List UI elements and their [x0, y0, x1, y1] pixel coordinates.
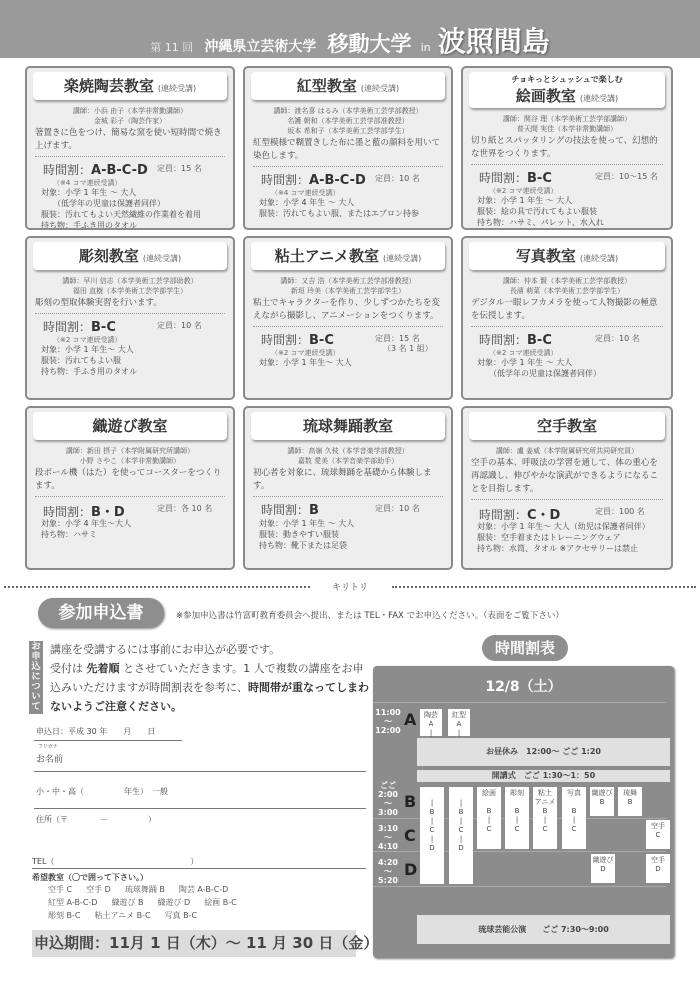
- course-card: 紅型教室(連続受講)講師：渡名喜 はるみ（本学美術工芸学部教授）名護 朝和（本学…: [243, 66, 453, 230]
- capacity: 定員：各 10 名: [157, 503, 212, 514]
- schedule-label: 時間割：: [43, 163, 91, 177]
- belongings: 持ち物：ハサミ、パレット、水入れ: [477, 217, 667, 228]
- schedule: 時間割：A-B-C-D: [261, 171, 366, 188]
- dotted-divider-right: [392, 586, 696, 588]
- choice-row-1: 空手 C空手 D琉球舞踊 B陶芸 A-B-C-D: [48, 884, 242, 895]
- slot-ori-d: 織遊び D: [591, 854, 615, 883]
- schedule-label: 時間割：: [261, 173, 309, 187]
- apply-instructions: 講座を受講するには事前にお申込が必要です。 受付は 先着順 とさせていただきます…: [50, 640, 370, 716]
- dotted-divider: [471, 326, 663, 327]
- dotted-divider: [35, 496, 225, 497]
- course-description: 段ボール機（はた）を使ってコースターをつくります。: [35, 467, 227, 493]
- course-info: 対象：小学 1 年生〜 大人: [259, 357, 447, 368]
- course-title: 琉球舞踊教室: [303, 417, 393, 435]
- dotted-divider: [471, 164, 663, 165]
- instruction-line-2: 受付は 先着順 とさせていただきます。1 人で複数の講座をお申込みいただけますが…: [50, 659, 370, 716]
- period-c-time: 3:10 〜 4:10: [375, 824, 401, 851]
- belongings: 持ち物：靴下または足袋: [259, 540, 447, 551]
- instructor-line: 講師：盧 姜威（本学附属研究所共同研究員）: [463, 446, 671, 456]
- course-description: 粘土でキャラクターを作り、少しずつかたちを変えながら撮影し、アニメーションをつく…: [253, 297, 445, 323]
- period-a-time: 11:00 〜 12:00: [375, 708, 401, 735]
- course-title-box: 楽焼陶芸教室(連続受講): [33, 72, 227, 100]
- choice-row-2: 紅型 A-B-C-D織遊び B織遊び D絵画 B-C: [48, 897, 251, 908]
- schedule-label: 時間割：: [479, 508, 527, 522]
- target: 対象：小学 1 年生〜 大人: [41, 344, 229, 355]
- choice-nendo-bc[interactable]: 粘土アニメ B-C: [95, 911, 151, 920]
- schedule: 時間割：B-C: [479, 169, 552, 186]
- course-card: 写真教室(連続受講)講師：仲本 賢（本学美術工芸学部教授）長濱 萌菜（本学美術工…: [461, 236, 673, 400]
- schedule-value: A-B-C-D: [309, 173, 366, 188]
- course-card: チョキっとシュッシュで楽しむ絵画教室(連続受講)講師：関谷 理（本学美術工芸学部…: [461, 66, 673, 230]
- course-info: 対象：小学 4 年生〜大人持ち物：ハサミ: [41, 518, 229, 540]
- name-field-line[interactable]: [34, 771, 366, 772]
- choice-ori-d[interactable]: 織遊び D: [157, 898, 190, 907]
- slot-toge-continued: | B | C | D: [420, 787, 444, 884]
- period-c-letter: C: [404, 826, 416, 845]
- address-field-label: 住所（〒 － ）: [36, 814, 156, 825]
- instructor-line: 福田 直樹（本学美術工芸学部学生）: [27, 286, 233, 296]
- instructor-line: 講師：又吉 浩（本学美術工芸学部准教授）: [245, 276, 451, 286]
- slot-karate-c: 空手 C: [646, 820, 670, 849]
- instructor-line: 講師：関谷 理（本学美術工芸学部講師）: [463, 114, 671, 124]
- schedule: 時間割：B-C: [479, 331, 552, 348]
- dotted-divider: [35, 156, 225, 157]
- target: 対象：小学 4 年生 〜 大人: [259, 197, 447, 208]
- course-description: 切り紙とスパッタリングの技法を使って、幻想的な世界をつくります。: [471, 135, 665, 161]
- course-title: 楽焼陶芸教室: [64, 77, 154, 95]
- program-name: 移動大学: [327, 32, 411, 56]
- capacity: 定員：100 名: [595, 506, 645, 517]
- course-description: デジタル一眼レフカメラを使って人物撮影の極意を伝授します。: [471, 297, 665, 323]
- capacity-note: （3 名 1 組）: [383, 343, 433, 354]
- capacity: 定員：10 名: [375, 173, 420, 184]
- course-card: 楽焼陶芸教室(連続受講)講師：小浜 由子（本学非常勤講師）金城 彩子（陶芸作家）…: [25, 66, 235, 230]
- in-label: in: [421, 41, 431, 54]
- instructors: 講師：新田 摂子（本学附属研究所講師）小野 さやこ（本学非常勤講師）: [27, 446, 233, 466]
- instructor-line: 嘉数 愛美（本学音楽学部助手）: [245, 456, 451, 466]
- choice-chokoku-bc[interactable]: 彫刻 B-C: [48, 911, 81, 920]
- schedule-value: B-C: [527, 333, 552, 348]
- timetable-badge: 時間割表: [482, 635, 568, 661]
- course-note: (連続受講): [143, 254, 181, 263]
- course-card: 織遊び教室講師：新田 摂子（本学附属研究所講師）小野 さやこ（本学非常勤講師）段…: [25, 406, 235, 570]
- period-b-time: ごご 2:00 〜 3:00: [375, 781, 401, 817]
- clothing: 服装：汚れてもよい天然繊維の作業着を着用: [41, 209, 229, 220]
- instructors: 講師：小浜 由子（本学非常勤講師）金城 彩子（陶芸作家）: [27, 106, 233, 126]
- period-d-letter: D: [404, 860, 417, 879]
- schedule-label: 時間割：: [479, 171, 527, 185]
- course-note: (連続受講): [158, 84, 196, 93]
- cut-line: キリトリ: [0, 580, 700, 592]
- choice-karate-d[interactable]: 空手 D: [86, 885, 111, 894]
- schedule: 時間割：B: [261, 501, 319, 518]
- schedule-label: 時間割：: [479, 333, 527, 347]
- course-info: 対象：小学 1 年生 〜 大人（低学年の児童は保護者同伴）服装：汚れてもよい天然…: [41, 187, 229, 230]
- instructor-line: 普天間 実佳（本学非常勤講師）: [463, 124, 671, 134]
- instructor-line: 長濱 萌菜（本学美術工芸学部学生）: [463, 286, 671, 296]
- instructor-line: 小野 さやこ（本学非常勤講師）: [27, 456, 233, 466]
- instructor-line: 新垣 玲美（本学美術工芸学部学生）: [245, 286, 451, 296]
- choice-title: 希望教室（〇で囲って下さい。）: [32, 872, 148, 883]
- course-title: 織遊び教室: [92, 417, 167, 435]
- course-card: 彫刻教室(連続受講)講師：早川 信志（本学美術工芸学部助教）福田 直樹（本学美術…: [25, 236, 235, 400]
- choice-shashin-bc[interactable]: 写真 B-C: [165, 911, 198, 920]
- instructors: 講師：又吉 浩（本学美術工芸学部准教授）新垣 玲美（本学美術工芸学部学生）: [245, 276, 451, 296]
- dotted-divider: [253, 496, 443, 497]
- opening-ceremony-bar: 開講式 ごご 1:30〜1：50: [417, 770, 670, 782]
- course-description: 空手の基本、呼吸法の学習を通して、体の重心を再認識し、伸びやかな演武ができるよう…: [471, 457, 665, 496]
- capacity: 定員：10 名: [157, 320, 202, 331]
- instructor-line: 講師：小浜 由子（本学非常勤講師）: [27, 106, 233, 116]
- lunch-break-bar: お昼休み 12:00〜 ごご 1:20: [417, 738, 670, 766]
- course-info: 対象：小学 1 年生〜 大人（幼児は保護者同伴）服装：空手着またはトレーニングウ…: [477, 521, 667, 554]
- grade-field-label: 小・中・高（ 年生） 一般: [36, 786, 168, 797]
- target: 対象：小学 4 年生〜大人: [41, 518, 229, 529]
- course-info: 対象：小学 1 年生 〜 大人服装：動きやすい服装持ち物：靴下または足袋: [259, 518, 447, 551]
- schedule-value: B-C: [91, 320, 116, 335]
- instructors: 講師：仲本 賢（本学美術工芸学部教授）長濱 萌菜（本学美術工芸学部学生）: [463, 276, 671, 296]
- row-divider: [373, 702, 666, 703]
- schedule-value: A-B-C-D: [91, 163, 148, 178]
- date-field-label: 申込日：平成 30 年 月 日: [36, 726, 155, 737]
- target: 対象：小学 1 年生 〜 大人: [259, 518, 447, 529]
- slot-ryubu-b: 琉舞 B: [618, 787, 642, 816]
- target: 対象：小学 1 年生〜 大人（幼児は保護者同伴）: [477, 521, 667, 532]
- form-badge: 参加申込書: [38, 598, 164, 628]
- course-info: 対象：小学 1 年生 〜 大人服装：絵の具で汚れてもよい服装持ち物：ハサミ、パレ…: [477, 195, 667, 228]
- dotted-divider: [253, 166, 443, 167]
- course-title-box: 琉球舞踊教室: [251, 412, 445, 440]
- schedule-label: 時間割：: [43, 320, 91, 334]
- course-title: 写真教室: [516, 247, 576, 265]
- course-title: 粘土アニメ教室: [275, 247, 379, 265]
- clothing: 服装：空手着またはトレーニングウェア: [477, 532, 667, 543]
- course-title-box: 彫刻教室(連続受講): [33, 242, 227, 270]
- target-note: （低学年の児童は保護者同伴）: [477, 368, 667, 379]
- form-notice: ※参加申込書は竹富町教育委員会へ提出、または TEL・FAX でお申込ください。…: [176, 609, 564, 621]
- choice-ryubu-b[interactable]: 琉球舞踊 B: [125, 885, 165, 894]
- slot-bingata-a: 紅型 A |: [448, 709, 470, 736]
- instructor-line: 講師：新田 摂子（本学附属研究所講師）: [27, 446, 233, 456]
- schedule: 時間割：A-B-C-D: [43, 161, 148, 178]
- row-divider: [373, 886, 666, 887]
- course-title-box: 紅型教室(連続受講): [251, 72, 445, 100]
- capacity: 定員：10 名: [595, 333, 640, 344]
- course-info: 対象：小学 1 年生 〜 大人（低学年の児童は保護者同伴）: [477, 357, 667, 379]
- application-period: 申込期間：11月 1 日（木）〜 11 月 30 日（金）: [32, 930, 356, 957]
- target: 対象：小学 1 年生 〜 大人: [41, 187, 229, 198]
- belongings: 持ち物：ハサミ: [41, 529, 229, 540]
- course-description: 初心者を対象に、琉球舞踊を基礎から体験します。: [253, 467, 445, 493]
- university-name: 沖縄県立芸術大学: [204, 39, 316, 55]
- name-field-label: お名前: [36, 752, 63, 765]
- instructor-line: 金城 彩子（陶芸作家）: [27, 116, 233, 126]
- target-note: （低学年の児童は保護者同伴）: [41, 198, 229, 209]
- choice-toge-abcd[interactable]: 陶芸 A-B-C-D: [179, 885, 228, 894]
- instructors: 講師：渡名喜 はるみ（本学美術工芸学部教授）名護 朝和（本学美術工芸学部准教授）…: [245, 106, 451, 136]
- course-title-box: 織遊び教室: [33, 412, 227, 440]
- instructors: 講師：高嶺 久枝（本学音楽学部教授）嘉数 愛美（本学音楽学部助手）: [245, 446, 451, 466]
- instructors: 講師：関谷 理（本学美術工芸学部講師）普天間 実佳（本学非常勤講師）: [463, 114, 671, 134]
- instructor-line: 講師：仲本 賢（本学美術工芸学部教授）: [463, 276, 671, 286]
- belongings: 持ち物：水筒、タオル ※アクセサリーは禁止: [477, 543, 667, 554]
- schedule-label: 時間割：: [43, 505, 91, 519]
- cut-label: キリトリ: [320, 580, 380, 593]
- instructor-line: 講師：高嶺 久枝（本学音楽学部教授）: [245, 446, 451, 456]
- course-note: (連続受講): [383, 254, 421, 263]
- timetable: 12/8（土） 11:00 〜 12:00 A 陶芸 A | 紅型 A | お昼…: [373, 666, 674, 958]
- instructor-line: 坂本 希和子（本学美術工芸学部学生）: [245, 126, 451, 136]
- slot-toge-a: 陶芸 A |: [420, 709, 442, 736]
- schedule-value: B: [309, 503, 319, 518]
- course-title-box: 写真教室(連続受講): [469, 242, 665, 270]
- course-note: (連続受講): [580, 254, 618, 263]
- apply-side-label: お申込について: [29, 641, 43, 714]
- belongings: 持ち物：手ふき用のタオル: [41, 220, 229, 230]
- dotted-divider-left: [4, 586, 310, 588]
- location-name: 波照間島: [438, 25, 550, 58]
- clothing: 服装：汚れてもよい服、またはエプロン持参: [259, 208, 447, 219]
- course-note: (連続受講): [580, 94, 618, 103]
- slot-chokoku-bc: 彫刻 B | C: [505, 787, 529, 849]
- slot-karate-d: 空手 D: [646, 854, 670, 883]
- choice-bingata-abcd[interactable]: 紅型 A-B-C-D: [48, 898, 97, 907]
- slot-ori-b: 織遊び B: [590, 787, 614, 816]
- choice-ori-b[interactable]: 織遊び B: [111, 898, 143, 907]
- period-a-letter: A: [404, 710, 416, 729]
- course-info: 対象：小学 1 年生〜 大人服装：汚れてもよい服持ち物：手ふき用のタオル: [41, 344, 229, 377]
- dotted-divider: [253, 326, 443, 327]
- schedule: 時間割：B-C: [43, 318, 116, 335]
- timetable-date: 12/8（土）: [373, 676, 674, 696]
- course-note: (連続受講): [361, 84, 399, 93]
- schedule: 時間割：B-C: [261, 331, 334, 348]
- capacity: 定員：15 名: [157, 163, 202, 174]
- instructors: 講師：早川 信志（本学美術工芸学部助教）福田 直樹（本学美術工芸学部学生）: [27, 276, 233, 296]
- slot-shashin-bc: 写真 B | C: [562, 787, 586, 849]
- choice-row-3: 彫刻 B-C粘土アニメ B-C写真 B-C: [48, 910, 211, 921]
- dotted-divider: [471, 499, 663, 500]
- schedule-label: 時間割：: [261, 333, 309, 347]
- clothing: 服装：絵の具で汚れてもよい服装: [477, 206, 667, 217]
- instruction-line-1: 講座を受講するには事前にお申込が必要です。: [50, 640, 370, 659]
- instructor-line: 名護 朝和（本学美術工芸学部准教授）: [245, 116, 451, 126]
- course-card: 琉球舞踊教室講師：高嶺 久枝（本学音楽学部教授）嘉数 愛美（本学音楽学部助手）初…: [243, 406, 453, 570]
- course-card: 粘土アニメ教室(連続受講)講師：又吉 浩（本学美術工芸学部准教授）新垣 玲美（本…: [243, 236, 453, 400]
- row-divider: [373, 851, 666, 852]
- tel-field-label: TEL（ ）: [32, 856, 198, 867]
- course-info: 対象：小学 4 年生 〜 大人服装：汚れてもよい服、またはエプロン持参: [259, 197, 447, 219]
- choice-karate-c[interactable]: 空手 C: [48, 885, 72, 894]
- capacity: 定員：10〜15 名: [595, 171, 658, 182]
- period-d-time: 4:20 〜 5:20: [375, 858, 401, 885]
- course-description: 彫刻の型取体験実習を行います。: [35, 297, 227, 310]
- schedule-value: B-C: [527, 171, 552, 186]
- period-b-letter: B: [404, 792, 416, 811]
- belongings: 持ち物：手ふき用のタオル: [41, 366, 229, 377]
- header-banner: 第 11 回 沖縄県立芸術大学 移動大学 in 波照間島: [0, 0, 700, 58]
- schedule-label: 時間割：: [261, 503, 309, 517]
- course-title-box: 空手教室: [469, 412, 665, 440]
- date-field-line[interactable]: [34, 740, 182, 741]
- instructor-line: 講師：渡名喜 はるみ（本学美術工芸学部教授）: [245, 106, 451, 116]
- slot-kaiga-bc: 絵画 B | C: [477, 787, 501, 849]
- course-description: 箸置きに色をつけ、簡易な窯を使い短時間で焼き上げます。: [35, 127, 227, 153]
- choice-kaiga-bc[interactable]: 絵画 B-C: [204, 898, 237, 907]
- course-title: 紅型教室: [297, 77, 357, 95]
- slot-nendo-bc: 粘土 アニメ B | C: [533, 787, 557, 849]
- target: 対象：小学 1 年生〜 大人: [259, 357, 447, 368]
- dotted-divider: [35, 313, 225, 314]
- target: 対象：小学 1 年生 〜 大人: [477, 195, 667, 206]
- instructor-line: 講師：早川 信志（本学美術工芸学部助教）: [27, 276, 233, 286]
- course-description: 紅型模様で糊置きした布に墨と藍の顔料を用いて染色します。: [253, 137, 445, 163]
- schedule-value: B-C: [309, 333, 334, 348]
- target: 対象：小学 1 年生 〜 大人: [477, 357, 667, 368]
- course-title-box: 粘土アニメ教室(連続受講): [251, 242, 445, 270]
- clothing: 服装：動きやすい服装: [259, 529, 447, 540]
- edition-label: 第 11 回: [150, 41, 193, 54]
- course-subtitle: チョキっとシュッシュで楽しむ: [469, 72, 665, 86]
- grade-field-line[interactable]: [34, 808, 366, 809]
- course-title: 絵画教室: [516, 87, 576, 105]
- clothing: 服装：汚れてもよい服: [41, 355, 229, 366]
- capacity: 定員：10 名: [375, 503, 420, 514]
- course-title: 空手教室: [537, 417, 597, 435]
- course-title-box: チョキっとシュッシュで楽しむ絵画教室(連続受講): [469, 72, 665, 108]
- course-title: 彫刻教室: [79, 247, 139, 265]
- performance-bar: 琉球芸能公演 ごご 7:30〜9:00: [417, 915, 670, 944]
- page-title: 第 11 回 沖縄県立芸術大学 移動大学 in 波照間島: [0, 20, 700, 60]
- slot-bingata-continued: | B | C | D: [449, 787, 473, 884]
- furigana-label: フリガナ: [38, 743, 58, 750]
- course-card: 空手教室講師：盧 姜威（本学附属研究所共同研究員）空手の基本、呼吸法の学習を通し…: [461, 406, 673, 570]
- tel-field-line[interactable]: [32, 868, 366, 869]
- instructors: 講師：盧 姜威（本学附属研究所共同研究員）: [463, 446, 671, 456]
